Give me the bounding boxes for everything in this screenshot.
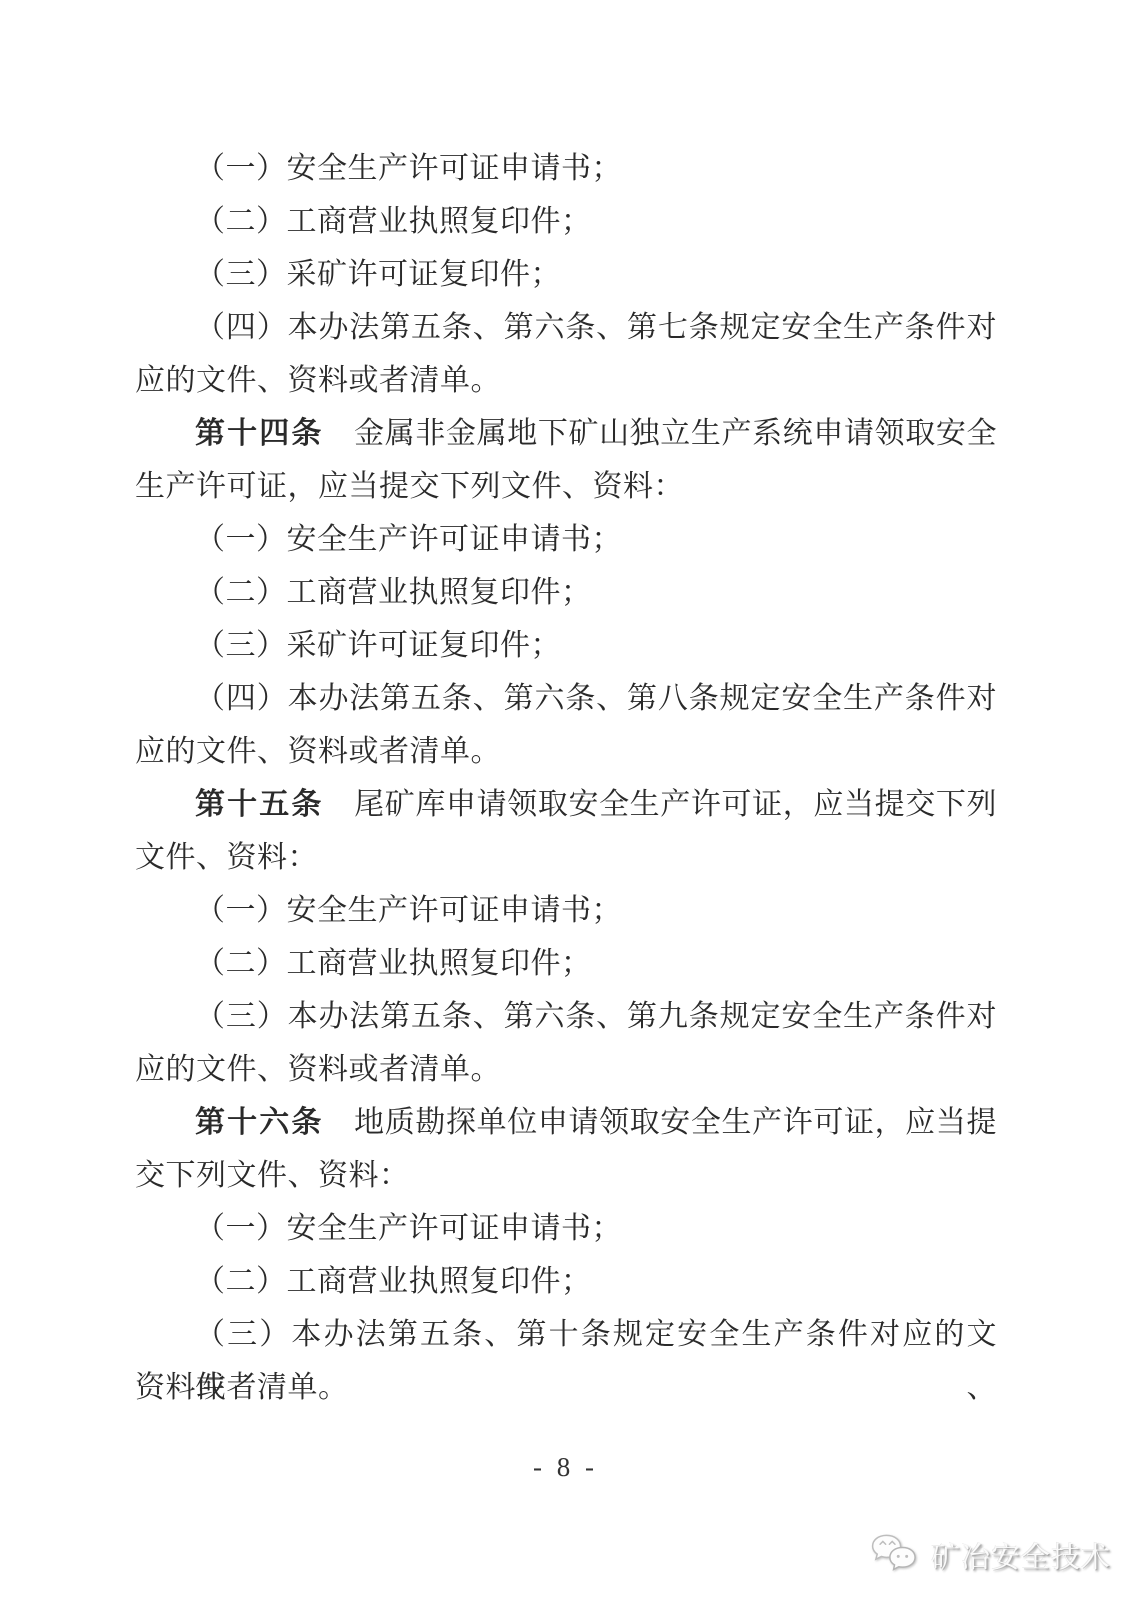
text-line: （二）工商营业执照复印件； bbox=[135, 937, 997, 990]
text-line: 应的文件、资料或者清单。 bbox=[135, 1043, 997, 1096]
article-number: 第十六条 bbox=[195, 1106, 323, 1139]
text-line: 应的文件、资料或者清单。 bbox=[135, 354, 997, 407]
text-line: （一）安全生产许可证申请书； bbox=[135, 513, 997, 566]
text-line: （四）本办法第五条、第六条、第八条规定安全生产条件对 bbox=[135, 672, 997, 725]
document-body: （一）安全生产许可证申请书；（二）工商营业执照复印件；（三）采矿许可证复印件；（… bbox=[135, 142, 997, 1414]
article-number: 第十四条 bbox=[195, 417, 323, 450]
text-line: 应的文件、资料或者清单。 bbox=[135, 725, 997, 778]
text-line: （四）本办法第五条、第六条、第七条规定安全生产条件对 bbox=[135, 301, 997, 354]
page-number: - 8 - bbox=[0, 1452, 1131, 1483]
text-line: （二）工商营业执照复印件； bbox=[135, 195, 997, 248]
article-heading-line: 第十四条 金属非金属地下矿山独立生产系统申请领取安全 bbox=[135, 407, 997, 460]
watermark: 矿冶安全技术 bbox=[867, 1532, 1111, 1578]
wechat-logo-icon bbox=[867, 1532, 923, 1578]
text-line: （三）本办法第五条、第十条规定安全生产条件对应的文件、 bbox=[135, 1308, 997, 1361]
text-line: （一）安全生产许可证申请书； bbox=[135, 1202, 997, 1255]
text-line: （三）采矿许可证复印件； bbox=[135, 619, 997, 672]
text-line: （一）安全生产许可证申请书； bbox=[135, 884, 997, 937]
article-heading-line: 第十六条 地质勘探单位申请领取安全生产许可证，应当提 bbox=[135, 1096, 997, 1149]
text-line: 文件、资料： bbox=[135, 831, 997, 884]
text-line: （二）工商营业执照复印件； bbox=[135, 1255, 997, 1308]
text-line: 交下列文件、资料： bbox=[135, 1149, 997, 1202]
text-line: 生产许可证，应当提交下列文件、资料： bbox=[135, 460, 997, 513]
article-number: 第十五条 bbox=[195, 788, 323, 821]
text-line: （二）工商营业执照复印件； bbox=[135, 566, 997, 619]
article-heading-line: 第十五条 尾矿库申请领取安全生产许可证，应当提交下列 bbox=[135, 778, 997, 831]
document-page: （一）安全生产许可证申请书；（二）工商营业执照复印件；（三）采矿许可证复印件；（… bbox=[0, 0, 1131, 1600]
watermark-text: 矿冶安全技术 bbox=[931, 1535, 1111, 1576]
text-line: （三）采矿许可证复印件； bbox=[135, 248, 997, 301]
text-line: （三）本办法第五条、第六条、第九条规定安全生产条件对 bbox=[135, 990, 997, 1043]
text-line: （一）安全生产许可证申请书； bbox=[135, 142, 997, 195]
